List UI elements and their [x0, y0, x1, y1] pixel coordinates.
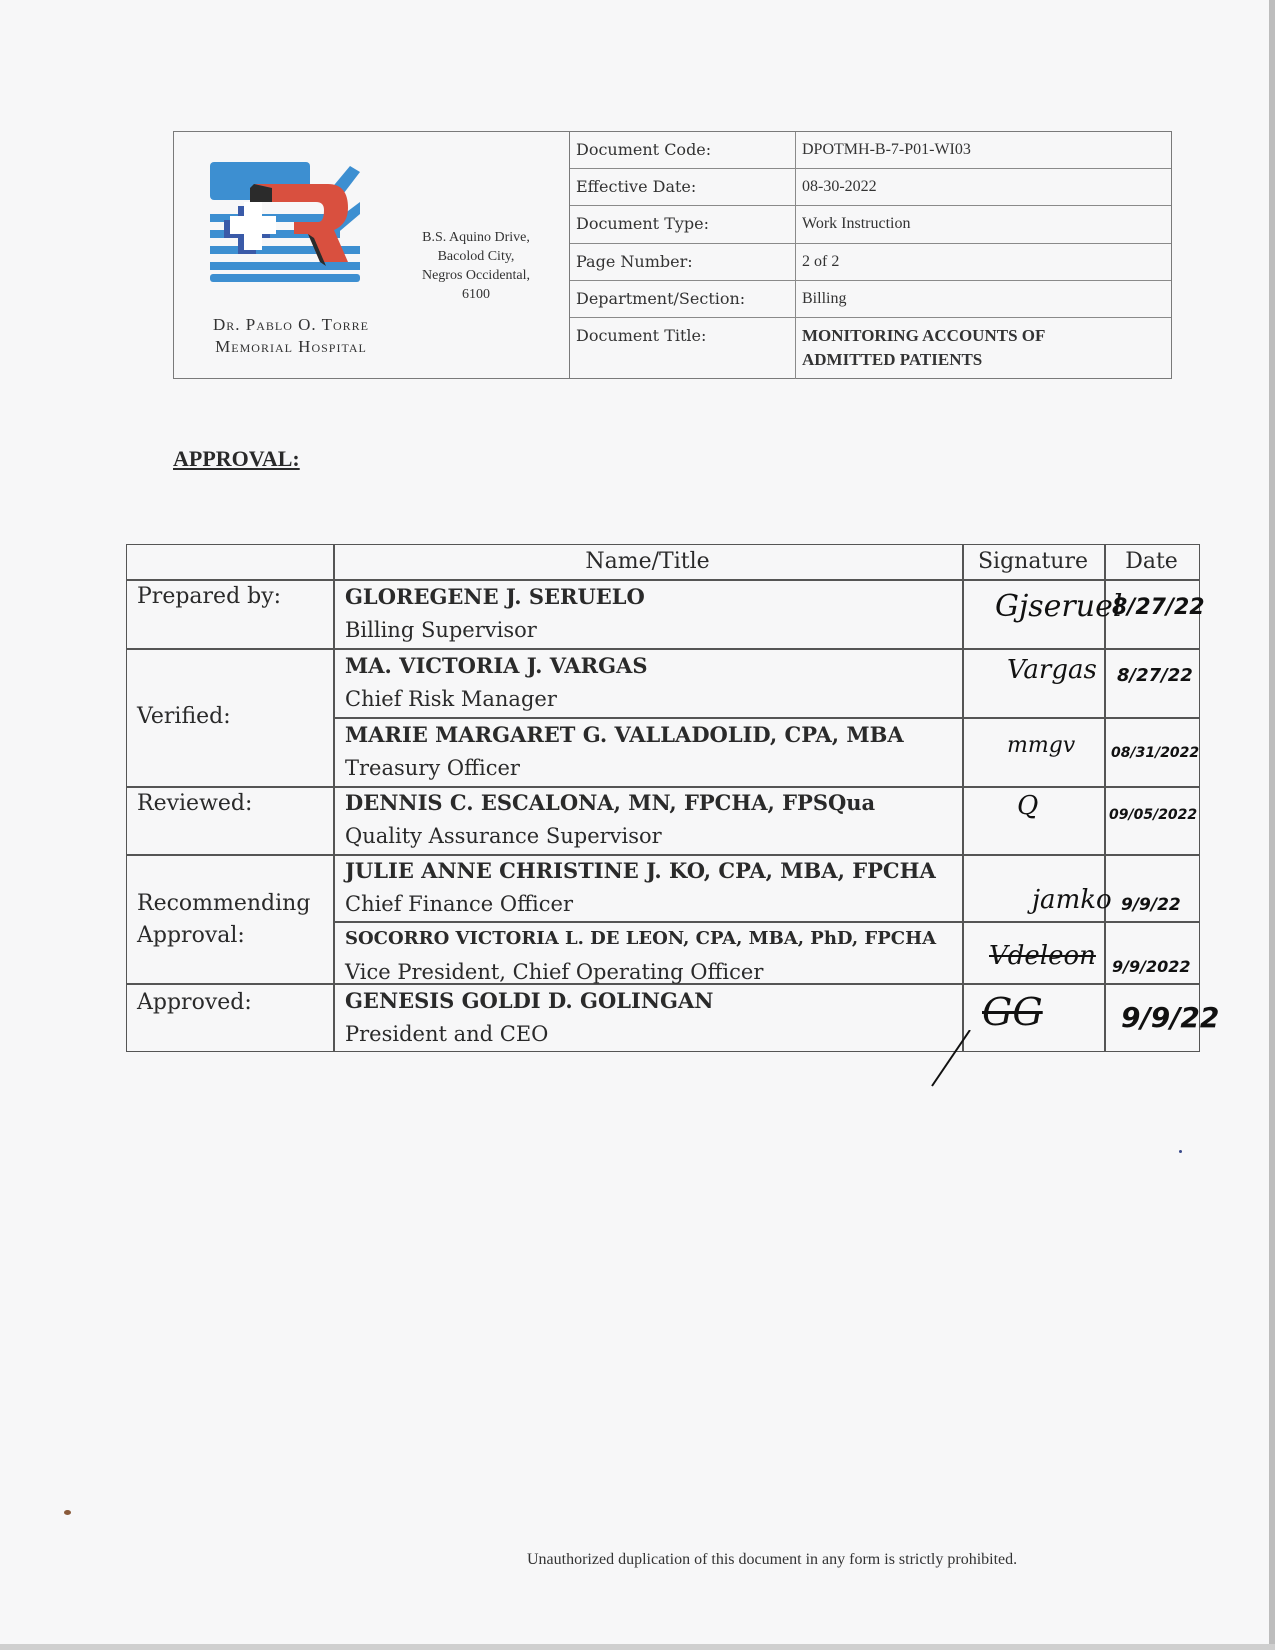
info-row-page: Page Number: 2 of 2: [570, 244, 1171, 281]
approver-title: President and CEO: [333, 1018, 713, 1050]
group-label-line2: Approval:: [137, 920, 333, 952]
approval-table: Name/Title Signature Date Prepared by: V…: [126, 544, 1200, 1052]
signature-date: 9/9/22: [1121, 895, 1181, 915]
document-title-line2: ADMITTED PATIENTS: [802, 348, 1171, 372]
approver-title: Chief Finance Officer: [333, 888, 936, 920]
info-value: 08-30-2022: [796, 169, 1171, 205]
approver-entry: MA. VICTORIA J. VARGAS Chief Risk Manage…: [333, 649, 648, 715]
info-value: DPOTMH-B-7-P01-WI03: [796, 132, 1171, 168]
approver-entry: DENNIS C. ESCALONA, MN, FPCHA, FPSQua Qu…: [333, 786, 875, 852]
group-label-prepared: Prepared by:: [127, 581, 333, 613]
approver-entry: JULIE ANNE CHRISTINE J. KO, CPA, MBA, FP…: [333, 854, 936, 920]
address-line: Negros Occidental,: [406, 266, 546, 285]
approver-title: Chief Risk Manager: [333, 683, 648, 715]
info-value: Work Instruction: [796, 206, 1171, 243]
info-value: Billing: [796, 281, 1171, 317]
hospital-logo-icon: [210, 162, 365, 282]
info-label: Page Number:: [570, 244, 796, 280]
group-label-recommending: Recommending Approval:: [127, 888, 333, 952]
hospital-name: Dr. Pablo O. Torre Memorial Hospital: [186, 314, 396, 358]
signature: Vargas: [1007, 655, 1097, 685]
page-bottom-edge: [0, 1644, 1275, 1650]
document-title-line1: MONITORING ACCOUNTS OF: [802, 324, 1171, 348]
signature: Gjseruel: [995, 589, 1122, 624]
divider: [127, 648, 1199, 650]
signature: GG: [982, 990, 1043, 1034]
document-title: MONITORING ACCOUNTS OF ADMITTED PATIENTS: [796, 318, 1171, 379]
info-row-type: Document Type: Work Instruction: [570, 206, 1171, 244]
info-label: Department/Section:: [570, 281, 796, 317]
signature: Vdeleon: [989, 941, 1096, 971]
signature: Q: [1017, 791, 1038, 821]
scan-dot: [1179, 1150, 1182, 1153]
approver-name: GENESIS GOLDI D. GOLINGAN: [333, 984, 713, 1018]
page-edge: [1269, 0, 1275, 1650]
signature-date: 8/27/22: [1112, 595, 1205, 620]
address-line: B.S. Aquino Drive,: [406, 228, 546, 247]
approver-entry: SOCORRO VICTORIA L. DE LEON, CPA, MBA, P…: [333, 922, 936, 988]
approver-name: MARIE MARGARET G. VALLADOLID, CPA, MBA: [333, 718, 904, 752]
info-row-title: Document Title: MONITORING ACCOUNTS OF A…: [570, 318, 1171, 379]
info-value: 2 of 2: [796, 244, 1171, 280]
address-line: 6100: [406, 285, 546, 298]
approval-heading: APPROVAL:: [173, 446, 300, 472]
signature-date: 09/05/2022: [1109, 807, 1197, 823]
signature-date: 08/31/2022: [1111, 745, 1199, 761]
approver-title: Billing Supervisor: [333, 614, 645, 646]
hospital-address: B.S. Aquino Drive, Bacolod City, Negros …: [406, 228, 546, 298]
document-info-table: Document Code: DPOTMH-B-7-P01-WI03 Effec…: [570, 132, 1171, 378]
signature: mmgv: [1007, 733, 1075, 758]
approver-entry: MARIE MARGARET G. VALLADOLID, CPA, MBA T…: [333, 718, 904, 784]
info-label: Document Code:: [570, 132, 796, 168]
column-header-name-title: Name/Title: [333, 545, 962, 579]
hospital-block: Dr. Pablo O. Torre Memorial Hospital B.S…: [174, 132, 570, 378]
divider: [962, 545, 964, 1051]
group-label-approved: Approved:: [127, 987, 333, 1019]
info-label: Document Title:: [570, 318, 796, 379]
signature-date: 9/9/22: [1121, 1001, 1219, 1034]
approver-entry: GENESIS GOLDI D. GOLINGAN President and …: [333, 984, 713, 1050]
approver-title: Treasury Officer: [333, 752, 904, 784]
approver-name: SOCORRO VICTORIA L. DE LEON, CPA, MBA, P…: [333, 922, 936, 956]
info-label: Effective Date:: [570, 169, 796, 205]
signature-stroke-icon: [930, 1030, 990, 1090]
column-header-signature: Signature: [962, 545, 1104, 579]
signature: jamko: [1032, 885, 1112, 915]
hospital-name-line1: Dr. Pablo O. Torre: [186, 314, 396, 336]
approver-name: DENNIS C. ESCALONA, MN, FPCHA, FPSQua: [333, 786, 875, 820]
approver-name: JULIE ANNE CHRISTINE J. KO, CPA, MBA, FP…: [333, 854, 936, 888]
info-row-code: Document Code: DPOTMH-B-7-P01-WI03: [570, 132, 1171, 169]
approver-name: MA. VICTORIA J. VARGAS: [333, 649, 648, 683]
scan-speck: [64, 1510, 71, 1515]
column-header-date: Date: [1104, 545, 1199, 579]
approver-title: Quality Assurance Supervisor: [333, 820, 875, 852]
group-label-verified: Verified:: [127, 701, 333, 733]
document-header: Dr. Pablo O. Torre Memorial Hospital B.S…: [173, 131, 1172, 379]
signature-date: 9/9/2022: [1112, 957, 1190, 976]
group-label-reviewed: Reviewed:: [127, 788, 333, 820]
info-row-effective-date: Effective Date: 08-30-2022: [570, 169, 1171, 206]
group-label-line1: Recommending: [137, 888, 333, 920]
info-row-department: Department/Section: Billing: [570, 281, 1171, 318]
signature-date: 8/27/22: [1117, 665, 1193, 686]
footer-notice: Unauthorized duplication of this documen…: [527, 1551, 1017, 1569]
address-line: Bacolod City,: [406, 247, 546, 266]
hospital-name-line2: Memorial Hospital: [186, 336, 396, 358]
approver-entry: GLOREGENE J. SERUELO Billing Supervisor: [333, 580, 645, 646]
approver-name: GLOREGENE J. SERUELO: [333, 580, 645, 614]
info-label: Document Type:: [570, 206, 796, 243]
